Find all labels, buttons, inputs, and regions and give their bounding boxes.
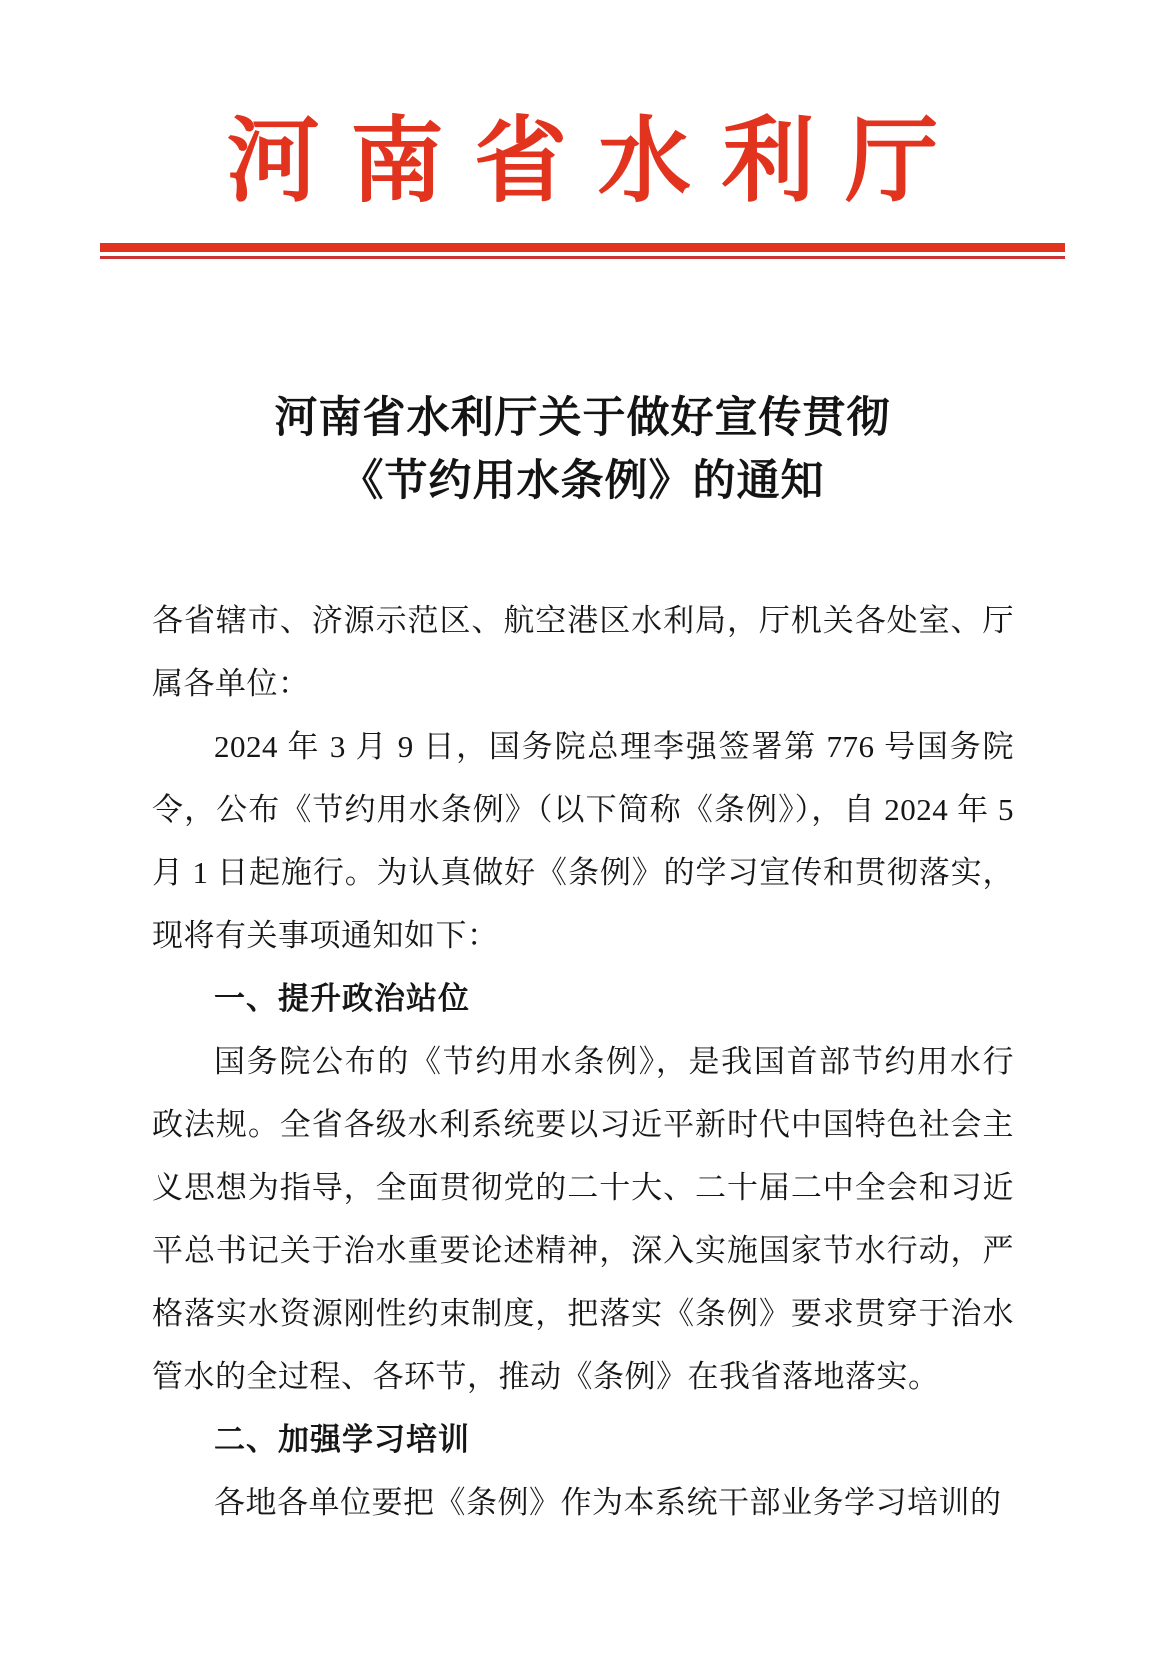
letterhead: 河南省水利厅 [0, 0, 1165, 259]
section-heading: 一、提升政治站位 [152, 967, 1014, 1030]
paragraph: 2024 年 3 月 9 日，国务院总理李强签署第 776 号国务院令，公布《节… [152, 715, 1014, 967]
document-title-line1: 河南省水利厅关于做好宣传贯彻 [275, 394, 891, 442]
paragraph: 国务院公布的《节约用水条例》，是我国首部节约用水行政法规。全省各级水利系统要以习… [152, 1030, 1014, 1408]
letterhead-rule-thick [100, 243, 1065, 252]
section-heading: 二、加强学习培训 [152, 1408, 1014, 1471]
paragraph: 各省辖市、济源示范区、航空港区水利局，厅机关各处室、厅属各单位： [152, 589, 1014, 715]
letterhead-rule-thin [100, 256, 1065, 259]
document-body: 各省辖市、济源示范区、航空港区水利局，厅机关各处室、厅属各单位：2024 年 3… [152, 589, 1014, 1534]
document-title: 河南省水利厅关于做好宣传贯彻 《节约用水条例》的通知 [0, 387, 1165, 513]
document-title-line2: 《节约用水条例》的通知 [341, 457, 825, 505]
letterhead-rules [100, 243, 1065, 259]
document-page: 河南省水利厅 河南省水利厅关于做好宣传贯彻 《节约用水条例》的通知 各省辖市、济… [0, 0, 1165, 1673]
agency-name: 河南省水利厅 [0, 112, 1165, 210]
paragraph: 各地各单位要把《条例》作为本系统干部业务学习培训的 [152, 1471, 1014, 1534]
